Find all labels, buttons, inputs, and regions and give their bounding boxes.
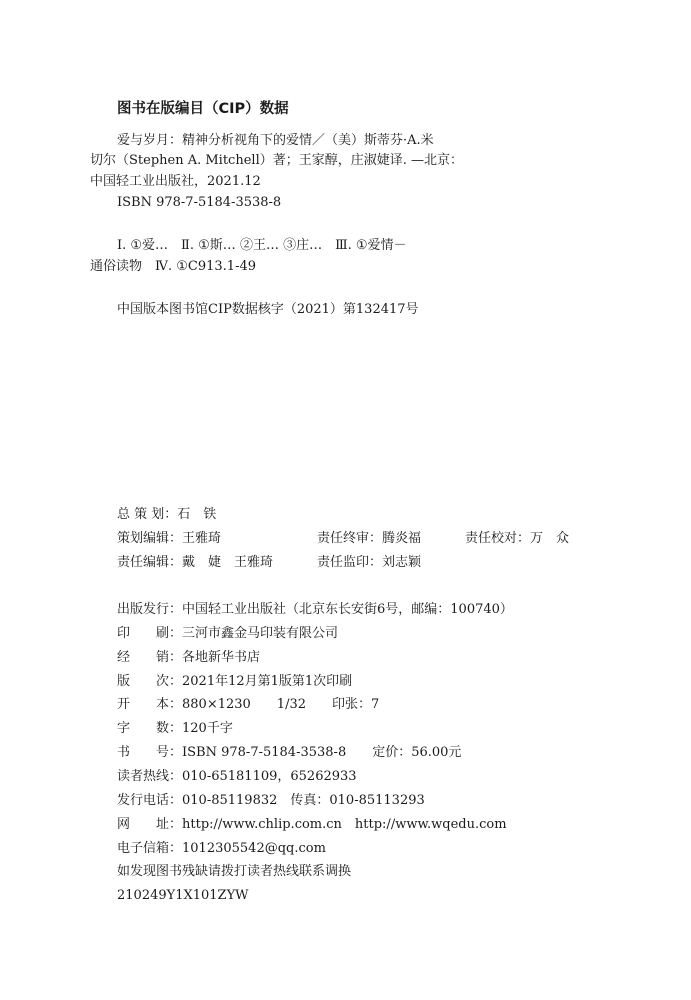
publication-row: 印 刷：三河市鑫金马印装有限公司 xyxy=(117,626,338,642)
pub-value: 010-85119832 传真：010-85113293 xyxy=(182,793,425,808)
pub-value: 010-65181109，65262933 xyxy=(182,769,357,784)
pub-value: 2021年12月第1版第1次印刷 xyxy=(182,674,352,689)
publication-row: 网 址：http://www.chlip.com.cn http://www.w… xyxy=(117,817,507,833)
pub-value: 三河市鑫金马印装有限公司 xyxy=(182,626,338,641)
pub-label: 字 数： xyxy=(117,721,182,736)
publication-row: 出版发行：中国轻工业出版社（北京东长安街6号，邮编：100740） xyxy=(117,602,513,618)
pub-value: 中国轻工业出版社（北京东长安街6号，邮编：100740） xyxy=(182,602,513,617)
print-supervisor: 责任监印：刘志颖 xyxy=(317,555,421,571)
pub-value: 120千字 xyxy=(182,721,233,736)
staff-label: 责任校对： xyxy=(465,531,530,546)
pub-label: 电子信箱： xyxy=(117,841,182,856)
publication-row: 书 号：ISBN 978-7-5184-3538-8 定价：56.00元 xyxy=(117,745,461,761)
cip-classification: 通俗读物 Ⅳ. ①C913.1-49 xyxy=(90,259,256,275)
pub-label: 经 销： xyxy=(117,650,182,665)
staff-label: 总 策 划： xyxy=(117,507,177,522)
publication-row: 电子信箱：1012305542@qq.com xyxy=(117,841,326,857)
staff-value: 石 铁 xyxy=(177,507,216,522)
planning-editor: 策划编辑：王雅琦 xyxy=(117,531,221,547)
publication-row: 开 本：880×1230 1/32 印张：7 xyxy=(117,697,379,713)
pub-value: 各地新华书店 xyxy=(182,650,260,665)
publication-row: 字 数：120千字 xyxy=(117,721,233,737)
pub-label: 印 刷： xyxy=(117,626,182,641)
cip-classification: Ⅰ. ①爱… Ⅱ. ①斯… ②王… ③庄… Ⅲ. ①爱情－ xyxy=(117,238,407,254)
pub-label: 读者热线： xyxy=(117,769,182,784)
cip-line: 中国轻工业出版社，2021.12 xyxy=(90,174,261,190)
publication-row: 发行电话：010-85119832 传真：010-85113293 xyxy=(117,793,425,809)
pub-label: 版 次： xyxy=(117,674,182,689)
staff-value: 腾炎福 xyxy=(382,531,421,546)
pub-label: 书 号： xyxy=(117,745,182,760)
cip-isbn: ISBN 978-7-5184-3538-8 xyxy=(117,195,281,211)
staff-value: 王雅琦 xyxy=(182,531,221,546)
book-code: 210249Y1X101ZYW xyxy=(117,888,249,904)
pub-label: 网 址： xyxy=(117,817,182,832)
staff-label: 策划编辑： xyxy=(117,531,182,546)
staff-value: 万 众 xyxy=(530,531,569,546)
final-reviewer: 责任终审：腾炎福 xyxy=(317,531,421,547)
pub-value: 880×1230 1/32 印张：7 xyxy=(182,697,379,712)
staff-label: 责任终审： xyxy=(317,531,382,546)
cip-record-number: 中国版本图书馆CIP数据核字（2021）第132417号 xyxy=(117,302,419,318)
pub-label: 开 本： xyxy=(117,697,182,712)
pub-label: 出版发行： xyxy=(117,602,182,617)
staff-value: 戴 婕 王雅琦 xyxy=(182,555,273,570)
staff-label: 责任监印： xyxy=(317,555,382,570)
staff-value: 刘志颖 xyxy=(382,555,421,570)
cip-line: 爱与岁月：精神分析视角下的爱情／（美）斯蒂芬·A.米 xyxy=(117,133,434,149)
publication-row: 读者热线：010-65181109，65262933 xyxy=(117,769,357,785)
cip-heading: 图书在版编目（CIP）数据 xyxy=(117,101,289,117)
responsible-editor: 责任编辑：戴 婕 王雅琦 xyxy=(117,555,273,571)
chief-planner: 总 策 划：石 铁 xyxy=(117,507,216,523)
pub-label: 发行电话： xyxy=(117,793,182,808)
staff-label: 责任编辑： xyxy=(117,555,182,570)
pub-value: ISBN 978-7-5184-3538-8 定价：56.00元 xyxy=(182,745,461,760)
notice-text: 如发现图书残缺请拨打读者热线联系调换 xyxy=(117,864,351,880)
publication-row: 经 销：各地新华书店 xyxy=(117,650,260,666)
cip-line: 切尔（Stephen A. Mitchell）著；王家醇，庄淑婕译. —北京： xyxy=(90,153,463,169)
pub-value: http://www.chlip.com.cn http://www.wqedu… xyxy=(182,817,507,832)
publication-row: 版 次：2021年12月第1版第1次印刷 xyxy=(117,674,352,690)
proofreader: 责任校对：万 众 xyxy=(465,531,569,547)
pub-value: 1012305542@qq.com xyxy=(182,841,326,856)
